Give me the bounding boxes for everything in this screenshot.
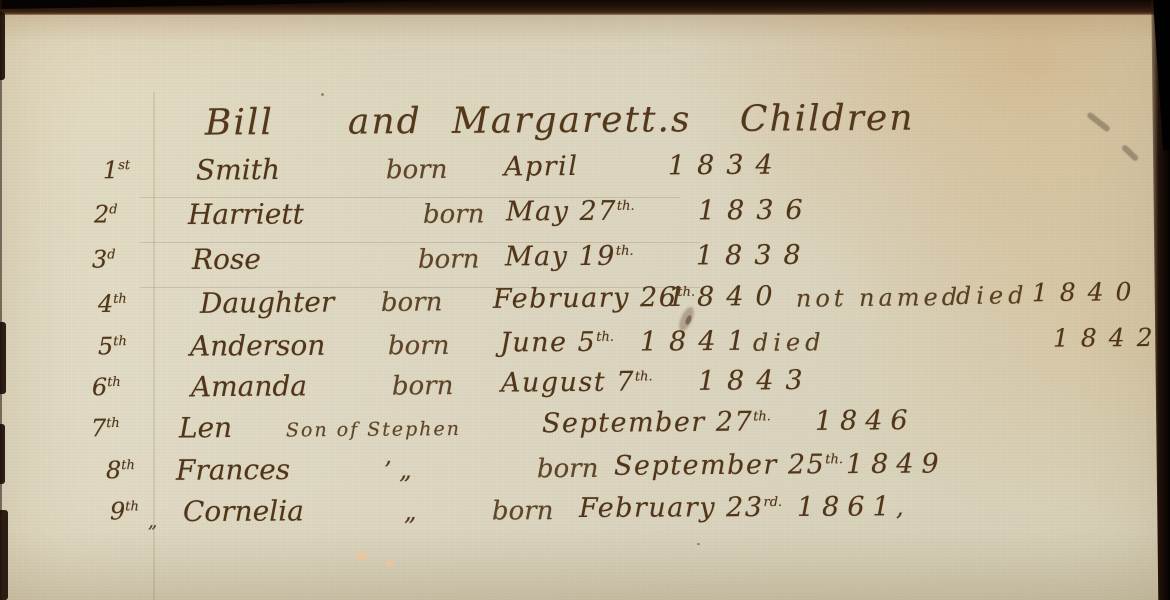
birth-year: 1834	[668, 150, 785, 182]
child-name: Len	[179, 411, 232, 444]
birth-date: February 26th.	[493, 282, 696, 315]
birth-year: 1836	[698, 195, 815, 227]
birth-date: September 27th.	[542, 406, 771, 439]
ditto-mark: ’ „	[384, 456, 412, 484]
child-name: Anderson	[190, 329, 326, 363]
birth-year: 1846	[815, 405, 916, 437]
record-line: 9th „ Cornelia „ born February 23rd. 186…	[0, 490, 1170, 542]
birth-date: August 7th.	[501, 366, 653, 398]
record-line: 2d Harriett born May 27th. 1836	[0, 193, 1170, 245]
birth-date: May 19th.	[505, 241, 634, 273]
born-label: born	[537, 454, 599, 484]
record-ordinal: 3d	[92, 245, 116, 273]
death-year: 1840	[1032, 277, 1144, 307]
child-name: Amanda	[191, 369, 307, 403]
page-title: Bill and Margarett.s Children	[0, 96, 1170, 150]
birth-date: April	[504, 151, 579, 183]
born-label: born	[423, 199, 485, 229]
title-word: Bill	[205, 102, 274, 143]
born-label: born	[381, 287, 443, 318]
binding-edge-mark	[0, 424, 5, 484]
child-name: Cornelia	[183, 494, 304, 528]
ink-speck	[321, 93, 324, 96]
child-name: Frances	[176, 453, 290, 487]
birth-year: 1861	[797, 491, 898, 523]
binding-edge-mark	[0, 510, 8, 600]
foxing-spot	[356, 551, 367, 560]
record-ordinal: 6th	[92, 373, 121, 401]
relation-note: Son of Stephen	[286, 418, 461, 442]
birth-year: 1849	[846, 448, 947, 480]
birth-date: September 25th.	[614, 449, 843, 482]
child-name: Rose	[192, 243, 261, 276]
title-word: Margarett.s	[452, 99, 692, 142]
ditto-mark: „	[148, 511, 157, 532]
born-label: born	[418, 244, 480, 274]
birth-date: February 23rd.	[579, 492, 782, 524]
born-label: born	[392, 371, 454, 402]
birth-year: 1843	[698, 365, 815, 397]
foxing-spot	[386, 560, 394, 567]
title-word: and	[348, 101, 422, 143]
birth-year: 1840	[668, 281, 785, 313]
record-ordinal: 4th	[98, 290, 127, 318]
record-ordinal: 2d	[94, 200, 118, 228]
born-label: born	[386, 155, 448, 185]
title-word: Children	[740, 98, 915, 140]
child-name: Smith	[196, 153, 280, 187]
record-ordinal: 8th	[106, 456, 135, 484]
ditto-mark: „	[404, 498, 417, 526]
birth-year: 1841	[640, 326, 757, 358]
record-ordinal: 7th	[91, 414, 120, 442]
ink-speck	[697, 543, 700, 545]
record-ordinal: 1st	[103, 156, 130, 184]
binding-edge-mark	[0, 12, 5, 80]
born-label: born	[492, 496, 554, 526]
child-name: Daughter	[200, 286, 335, 320]
death-year: 1842	[1053, 323, 1165, 353]
not-named-note: not named	[796, 283, 962, 313]
birth-date: June 5th.	[500, 327, 614, 359]
record-ordinal: 5th	[98, 332, 127, 360]
birth-year: 1838	[696, 240, 813, 272]
born-label: born	[388, 331, 450, 361]
record-ordinal: 9th	[110, 497, 139, 525]
binding-edge-mark	[0, 322, 6, 394]
death-note: died	[753, 328, 826, 357]
trailing-mark: ,	[896, 493, 904, 521]
death-note: died	[956, 281, 1029, 310]
child-name: Harriett	[188, 197, 304, 231]
birth-date: May 27th.	[506, 196, 635, 228]
family-record-page-scan: Bill and Margarett.s Children 1st Smith …	[0, 0, 1170, 600]
